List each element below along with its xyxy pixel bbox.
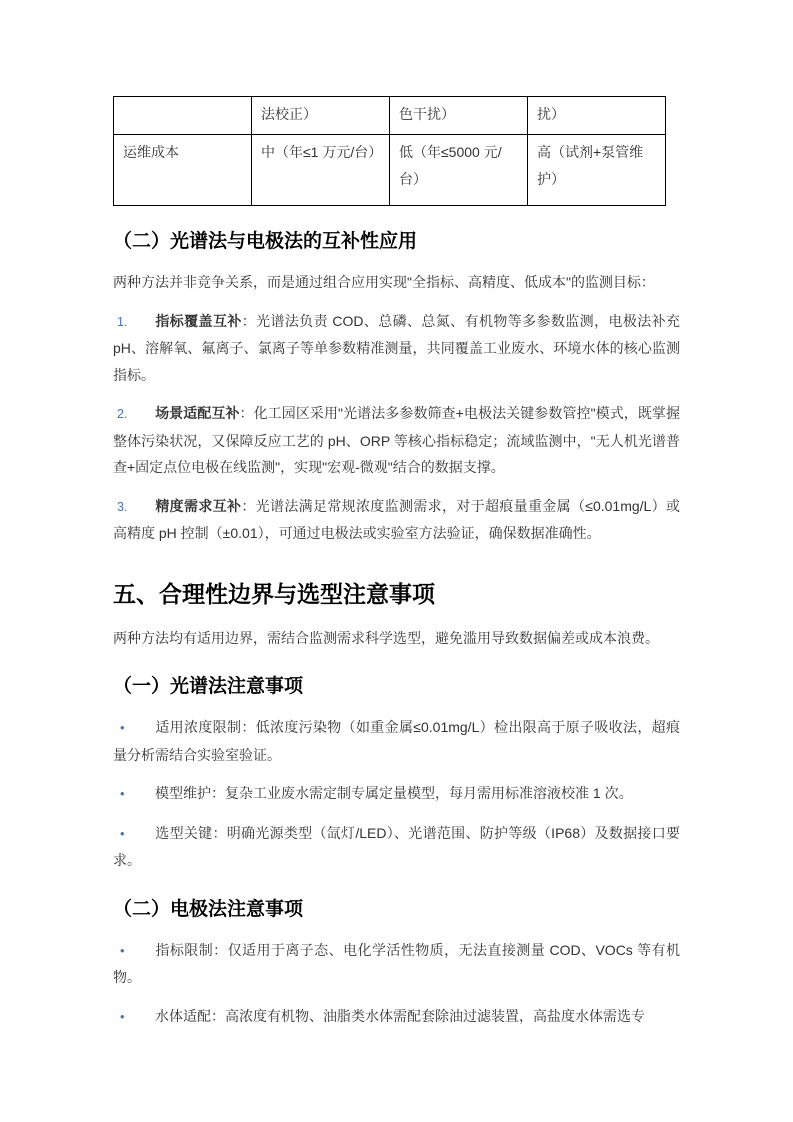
bullet-text: 模型维护：复杂工业废水需定制专属定量模型，每月需用标准溶液校准 1 次。: [155, 785, 633, 801]
bullet-icon: •: [113, 1004, 155, 1031]
section-heading-complementary: （二）光谱法与电极法的互补性应用: [113, 229, 680, 255]
bullet-text: 选型关键：明确光源类型（氙灯/LED）、光谱范围、防护等级（IP68）及数据接口…: [113, 825, 680, 869]
bullet-item-indicator-limit: •指标限制：仅适用于离子态、电化学活性物质，无法直接测量 COD、VOCs 等有…: [113, 937, 680, 991]
table-cell: 法校正）: [252, 97, 390, 135]
bullet-text: 水体适配：高浓度有机物、油脂类水体需配套除油过滤装置，高盐度水体需选专: [155, 1008, 645, 1024]
table-cell: 低（年≤5000 元/台）: [390, 135, 528, 206]
list-number: 2.: [113, 401, 155, 428]
numbered-item-2: 2.场景适配互补：化工园区采用"光谱法多参数筛查+电极法关键参数管控"模式，既掌…: [113, 400, 680, 481]
table-row: 法校正） 色干扰） 扰）: [114, 97, 666, 135]
numbered-item-1: 1.指标覆盖互补：光谱法负责 COD、总磷、总氮、有机物等多参数监测，电极法补充…: [113, 308, 680, 389]
bullet-icon: •: [113, 821, 155, 848]
document-page: 法校正） 色干扰） 扰） 运维成本 中（年≤1 万元/台） 低（年≤5000 元…: [0, 0, 793, 1122]
paragraph-complementary-intro: 两种方法并非竞争关系，而是通过组合应用实现"全指标、高精度、低成本"的监测目标：: [113, 269, 680, 296]
table-cell: 色干扰）: [390, 97, 528, 135]
bullet-item-water-adaptation: •水体适配：高浓度有机物、油脂类水体需配套除油过滤装置，高盐度水体需选专: [113, 1003, 680, 1031]
numbered-item-3: 3.精度需求互补：光谱法满足常规浓度监测需求，对于超痕量重金属（≤0.01mg/…: [113, 493, 680, 547]
bullet-item-model-maintenance: •模型维护：复杂工业废水需定制专属定量模型，每月需用标准溶液校准 1 次。: [113, 780, 680, 808]
comparison-table: 法校正） 色干扰） 扰） 运维成本 中（年≤1 万元/台） 低（年≤5000 元…: [113, 96, 666, 206]
table-cell: [114, 97, 252, 135]
paragraph-boundary-intro: 两种方法均有适用边界，需结合监测需求科学选型，避免滥用导致数据偏差或成本浪费。: [113, 625, 680, 652]
item-lead: 指标覆盖互补: [155, 313, 242, 329]
item-lead: 场景适配互补: [155, 405, 240, 421]
bullet-icon: •: [113, 715, 155, 742]
table-cell-row-header: 运维成本: [114, 135, 252, 206]
bullet-icon: •: [113, 938, 155, 965]
list-number: 1.: [113, 309, 155, 336]
table-row: 运维成本 中（年≤1 万元/台） 低（年≤5000 元/台） 高（试剂+泵管维护…: [114, 135, 666, 206]
table-cell: 中（年≤1 万元/台）: [252, 135, 390, 206]
list-number: 3.: [113, 494, 155, 521]
bullet-icon: •: [113, 781, 155, 808]
bullet-text: 指标限制：仅适用于离子态、电化学活性物质，无法直接测量 COD、VOCs 等有机…: [113, 942, 680, 986]
subsection-heading-electrode-notes: （二）电极法注意事项: [113, 897, 680, 923]
item-lead: 精度需求互补: [155, 498, 241, 514]
table-cell: 扰）: [528, 97, 666, 135]
table-cell: 高（试剂+泵管维护）: [528, 135, 666, 206]
subsection-heading-spectroscopy-notes: （一）光谱法注意事项: [113, 674, 680, 700]
bullet-item-selection-key: •选型关键：明确光源类型（氙灯/LED）、光谱范围、防护等级（IP68）及数据接…: [113, 820, 680, 874]
chapter-heading-boundary: 五、合理性边界与选型注意事项: [113, 579, 680, 609]
bullet-text: 适用浓度限制：低浓度污染物（如重金属≤0.01mg/L）检出限高于原子吸收法，超…: [113, 719, 680, 763]
bullet-item-concentration-limit: •适用浓度限制：低浓度污染物（如重金属≤0.01mg/L）检出限高于原子吸收法，…: [113, 714, 680, 768]
